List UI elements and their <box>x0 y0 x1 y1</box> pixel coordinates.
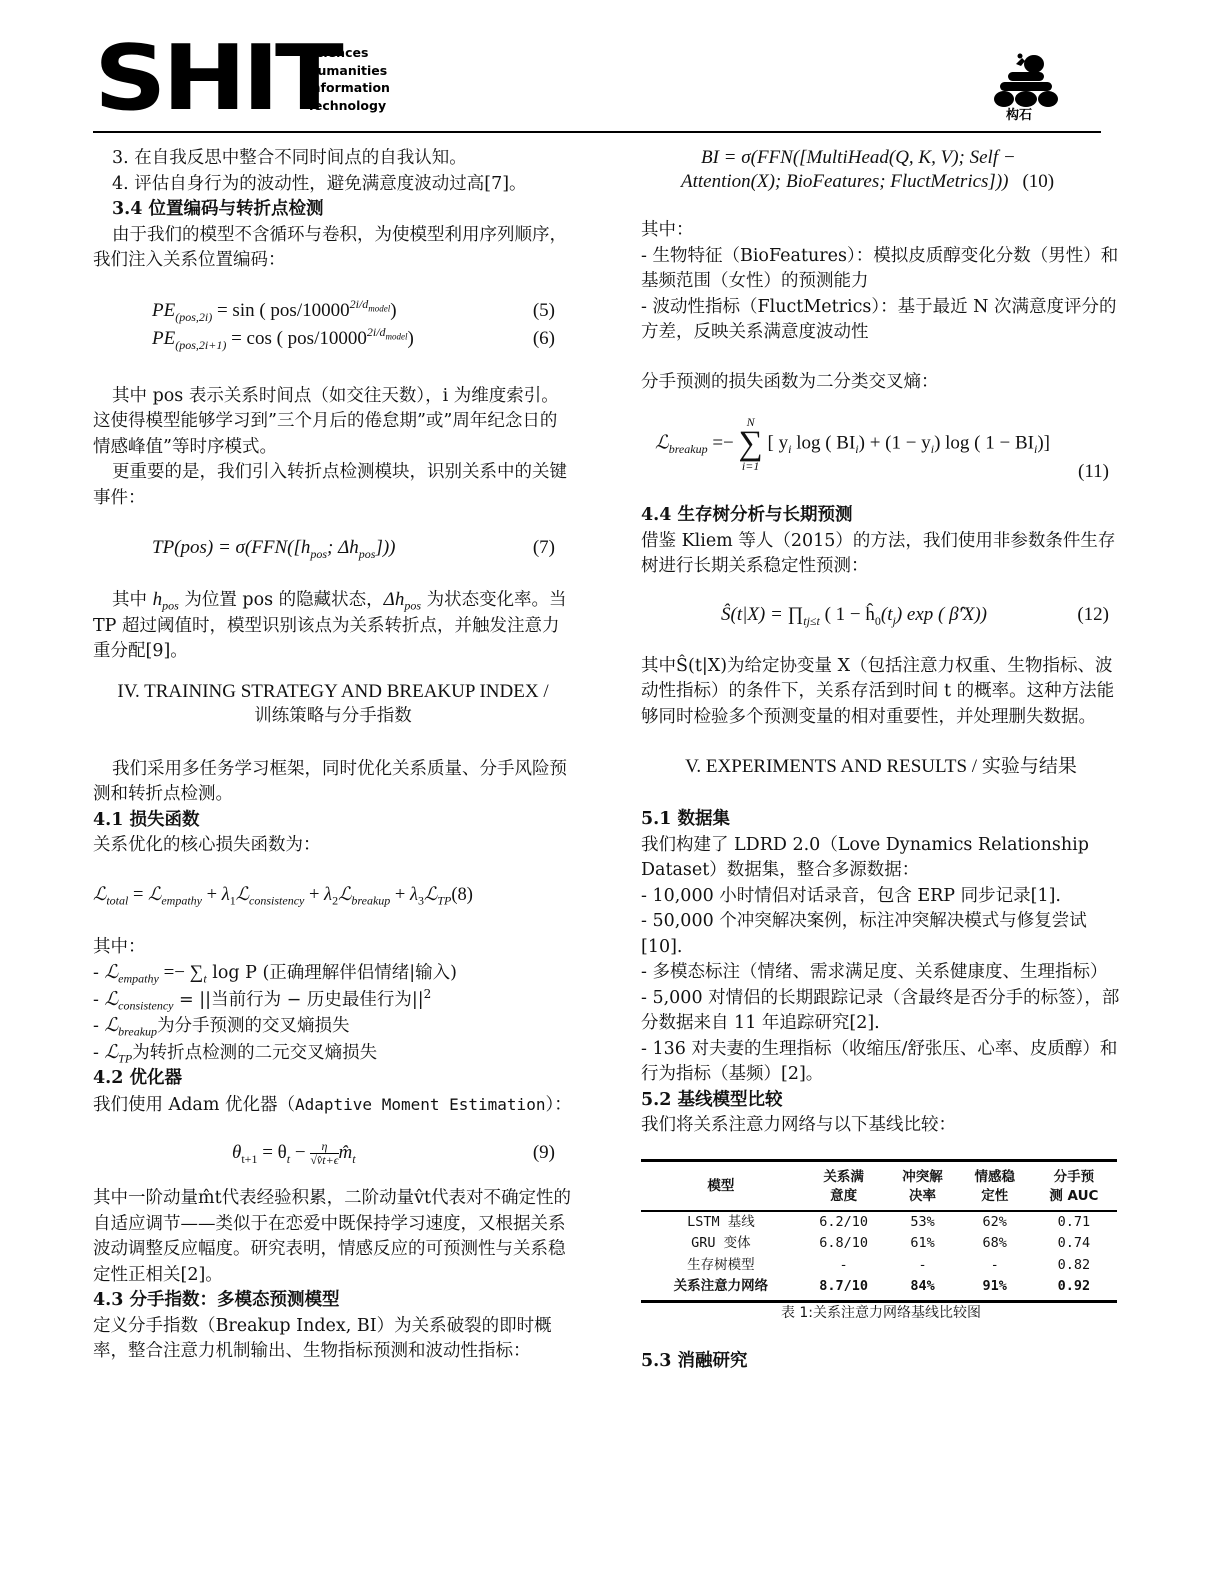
logo-word: Sciences <box>307 44 390 62</box>
logo-word: Technology <box>307 97 390 115</box>
equation-10: BI = σ(FFN([MultiHead(Q, K, V); Self − A… <box>641 146 1121 194</box>
column-header: 模型 <box>641 1160 801 1211</box>
paragraph: 借鉴 Kliem 等人（2015）的方法，我们使用非参数条件生存树进行长期关系稳… <box>641 529 1121 580</box>
bullet-item: - ℒbreakup为分手预测的交叉熵损失 <box>93 1013 573 1040</box>
right-logo-label: 构石 <box>1006 104 1032 123</box>
column-header: 分手预测 AUC <box>1031 1160 1117 1211</box>
paragraph: 我们构建了 LDRD 2.0（Love Dynamics Relationshi… <box>641 833 1121 884</box>
column-header: 关系满意度 <box>801 1160 887 1211</box>
bullet-item: - ℒempathy =− ∑t log P (正确理解伴侣情绪|输入) <box>93 960 573 987</box>
equation-number: (9) <box>533 1136 555 1170</box>
equation-11: ℒbreakup =− N ∑ i=1 [ yi log ( BIi) + (1… <box>641 395 1121 459</box>
table-row: LSTM 基线 6.2/10 53% 62% 0.71 <box>641 1211 1117 1234</box>
subsection-title-4-3: 4.3 分手指数：多模态预测模型 <box>93 1288 573 1314</box>
table-caption: 表 1:关系注意力网络基线比较图 <box>641 1303 1121 1323</box>
paragraph: 定义分手指数（Breakup Index, BI）为关系破裂的即时概率，整合注意… <box>93 1314 573 1365</box>
bullet-item: - ℒconsistency = ||当前行为 − 历史最佳行为||2 <box>93 987 573 1014</box>
paragraph: 关系优化的核心损失函数为： <box>93 833 573 859</box>
table-header-row: 模型 关系满意度 冲突解决率 情感稳定性 分手预测 AUC <box>641 1160 1117 1211</box>
bullet-item: - 波动性指标（FluctMetrics）：基于最近 N 次满意度评分的方差，反… <box>641 295 1121 346</box>
subsection-title-5-2: 5.2 基线模型比较 <box>641 1088 1121 1114</box>
paragraph: 其中 pos 表示关系时间点（如交往天数），i 为维度索引。这使得模型能够学习到… <box>93 384 573 461</box>
paragraph: 由于我们的模型不含循环与卷积，为使模型利用序列顺序，我们注入关系位置编码： <box>93 223 573 274</box>
bullet-item: - ℒTP为转折点检测的二元交叉熵损失 <box>93 1040 573 1067</box>
equation-9: θt+1 = θt − η√v̂t+ϵm̂t (9) <box>93 1136 573 1170</box>
equation-6: PE(pos,2i+1) = cos ( pos/100002i/dmodel)… <box>93 326 573 354</box>
equation-number: (5) <box>533 298 555 324</box>
equation-number: (12) <box>1077 602 1109 628</box>
equation-8: ℒtotal = ℒempathy + λ1ℒconsistency + λ2ℒ… <box>93 883 573 911</box>
logo-word: Humanities <box>307 62 390 80</box>
subsection-title-3-4: 3.4 位置编码与转折点检测 <box>93 197 573 223</box>
subsection-title-5-1: 5.1 数据集 <box>641 807 1121 833</box>
left-column: 3. 在自我反思中整合不同时间点的自我认知。 4. 评估自身行为的波动性，避免满… <box>93 146 573 1365</box>
paragraph: 其中一阶动量m̂t代表经验积累，二阶动量v̂t代表对不确定性的自适应调节——类似… <box>93 1186 573 1288</box>
column-header: 情感稳定性 <box>959 1160 1031 1211</box>
bullet-item: - 多模态标注（情绪、需求满足度、关系健康度、生理指标） <box>641 960 1121 986</box>
paragraph: 我们将关系注意力网络与以下基线比较： <box>641 1113 1121 1139</box>
subsection-title-4-1: 4.1 损失函数 <box>93 808 573 834</box>
bullet-item: - 5,000 对情侣的长期跟踪记录（含最终是否分手的标签），部分数据来自 11… <box>641 986 1121 1037</box>
subsection-title-4-2: 4.2 优化器 <box>93 1066 573 1092</box>
column-header: 冲突解决率 <box>886 1160 958 1211</box>
journal-logo: SHIT <box>94 34 339 124</box>
section-title-v: V. EXPERIMENTS AND RESULTS / 实验与结果 <box>641 754 1121 779</box>
equation-12: Ŝ(t|X) = ∏tj≤t ( 1 − ĥ0(tj) exp ( β̂′X))… <box>641 602 1121 632</box>
equation-number: (7) <box>533 535 555 561</box>
bullet-item: - 10,000 小时情侣对话录音，包含 ERP 同步记录[1]. <box>641 884 1121 910</box>
table-row-highlight: 关系注意力网络 8.7/10 84% 91% 0.92 <box>641 1276 1117 1301</box>
where-label: 其中： <box>93 935 573 961</box>
paragraph: 分手预测的损失函数为二分类交叉熵： <box>641 370 1121 396</box>
logo-word: Information <box>307 79 390 97</box>
table-row: 生存树模型 - - - 0.82 <box>641 1255 1117 1277</box>
baseline-comparison-table: 模型 关系满意度 冲突解决率 情感稳定性 分手预测 AUC LSTM 基线 6.… <box>641 1159 1117 1303</box>
paragraph: 其中 hpos 为位置 pos 的隐藏状态，Δhpos 为状态变化率。当 TP … <box>93 587 573 665</box>
paragraph: 更重要的是，我们引入转折点检测模块，识别关系中的关键事件： <box>93 460 573 511</box>
bullet-item: - 50,000 个冲突解决案例，标注冲突解决模式与修复尝试[10]. <box>641 909 1121 960</box>
paragraph: 我们使用 Adam 优化器（Adaptive Moment Estimation… <box>93 1092 573 1119</box>
equation-number: (6) <box>533 326 555 352</box>
where-label: 其中： <box>641 218 1121 244</box>
list-item: 3. 在自我反思中整合不同时间点的自我认知。 <box>93 146 573 172</box>
right-column: BI = σ(FFN([MultiHead(Q, K, V); Self − A… <box>641 146 1121 1374</box>
bullet-item: - 生物特征（BioFeatures）：模拟皮质醇变化分数（男性）和基频范围（女… <box>641 244 1121 295</box>
header-rule <box>93 131 1101 133</box>
paragraph: 我们采用多任务学习框架，同时优化关系质量、分手风险预测和转折点检测。 <box>93 757 573 808</box>
subsection-title-5-3: 5.3 消融研究 <box>641 1349 1121 1375</box>
journal-logo-words: Sciences Humanities Information Technolo… <box>307 44 390 114</box>
equation-11-number-row: (11) <box>641 459 1121 487</box>
equation-5: PE(pos,2i) = sin ( pos/100002i/dmodel) (… <box>93 298 573 326</box>
equation-number: (11) <box>1078 459 1109 485</box>
paragraph: 其中Ŝ(t|X)为给定协变量 X（包括注意力权重、生物指标、波动性指标）的条件下… <box>641 654 1121 731</box>
table-row: GRU 变体 6.8/10 61% 68% 0.74 <box>641 1233 1117 1255</box>
subsection-title-4-4: 4.4 生存树分析与长期预测 <box>641 503 1121 529</box>
equation-7: TP(pos) = σ(FFN([hpos; Δhpos])) (7) <box>93 535 573 563</box>
bullet-item: - 136 对夫妻的生理指标（收缩压/舒张压、心率、皮质醇）和行为指标（基频）[… <box>641 1037 1121 1088</box>
section-title-iv: IV. TRAINING STRATEGY AND BREAKUP INDEX … <box>93 679 573 729</box>
list-item: 4. 评估自身行为的波动性，避免满意度波动过高[7]。 <box>93 172 573 198</box>
